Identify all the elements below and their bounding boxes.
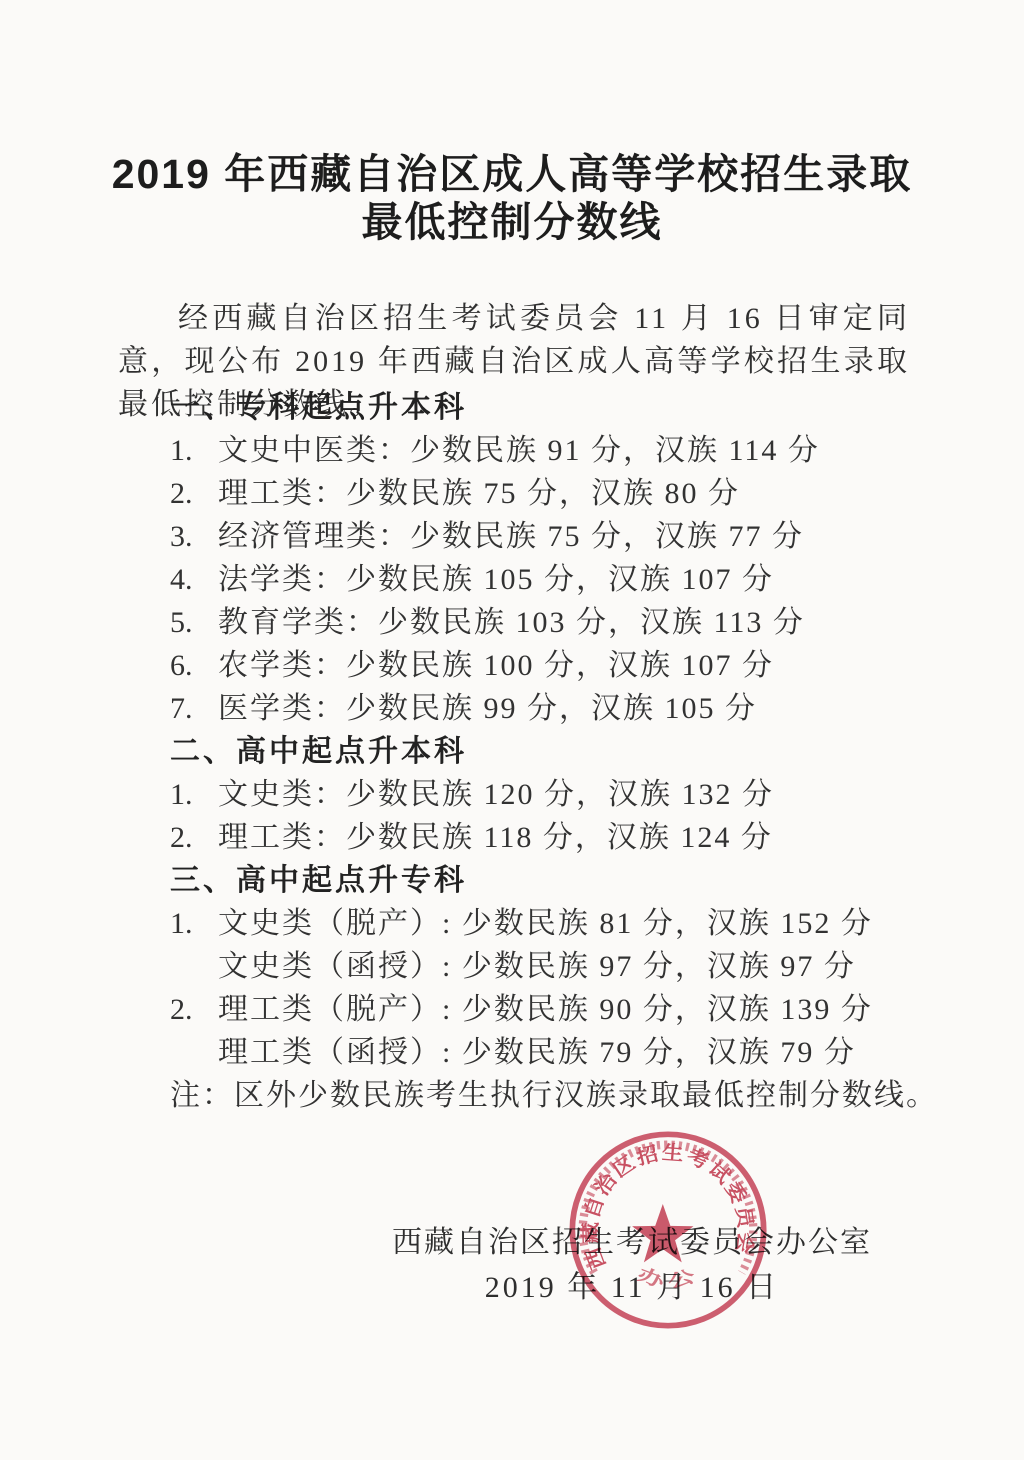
score-line-item: 4. 法学类：少数民族 105 分，汉族 107 分 bbox=[170, 558, 930, 601]
item-number: 4. bbox=[170, 558, 218, 601]
title-line-2: 最低控制分数线 bbox=[362, 199, 663, 245]
item-text: 文史中医类：少数民族 91 分，汉族 114 分 bbox=[218, 429, 820, 472]
item-number bbox=[170, 945, 218, 988]
score-line-item: 6. 农学类：少数民族 100 分，汉族 107 分 bbox=[170, 644, 930, 687]
section-heading-3: 三、高中起点升专科 bbox=[170, 859, 930, 902]
signature-date: 2019 年 11 月 16 日 bbox=[392, 1267, 872, 1309]
item-text: 文史类（函授）: 少数民族 97 分，汉族 97 分 bbox=[218, 945, 856, 988]
score-line-item: 理工类（函授）: 少数民族 79 分，汉族 79 分 bbox=[170, 1031, 930, 1074]
item-number: 5. bbox=[170, 601, 218, 644]
item-number: 1. bbox=[170, 773, 218, 816]
signature-block: 西藏自治区招生考试委员会办公室 2019 年 11 月 16 日 bbox=[392, 1222, 872, 1309]
section-heading-2: 二、高中起点升本科 bbox=[170, 730, 930, 773]
item-number: 6. bbox=[170, 644, 218, 687]
score-line-item: 1. 文史类：少数民族 120 分，汉族 132 分 bbox=[170, 773, 930, 816]
item-number bbox=[170, 1031, 218, 1074]
item-text: 法学类：少数民族 105 分，汉族 107 分 bbox=[218, 558, 774, 601]
section-heading-1: 一、专科起点升本科 bbox=[170, 386, 930, 429]
item-number: 2. bbox=[170, 988, 218, 1031]
item-text: 文史类（脱产）: 少数民族 81 分，汉族 152 分 bbox=[218, 902, 873, 945]
item-text: 理工类（脱产）: 少数民族 90 分，汉族 139 分 bbox=[218, 988, 873, 1031]
score-line-item: 3. 经济管理类：少数民族 75 分，汉族 77 分 bbox=[170, 515, 930, 558]
score-line-item: 1. 文史中医类：少数民族 91 分，汉族 114 分 bbox=[170, 429, 930, 472]
document-page: 2019 年西藏自治区成人高等学校招生录取 最低控制分数线 经西藏自治区招生考试… bbox=[0, 0, 1024, 1460]
score-line-item: 7. 医学类：少数民族 99 分，汉族 105 分 bbox=[170, 687, 930, 730]
item-number: 1. bbox=[170, 429, 218, 472]
item-number: 7. bbox=[170, 687, 218, 730]
signature-office: 西藏自治区招生考试委员会办公室 bbox=[392, 1222, 872, 1264]
item-text: 医学类：少数民族 99 分，汉族 105 分 bbox=[218, 687, 757, 730]
item-text: 理工类（函授）: 少数民族 79 分，汉族 79 分 bbox=[218, 1031, 856, 1074]
score-lines: 一、专科起点升本科 1. 文史中医类：少数民族 91 分，汉族 114 分 2.… bbox=[170, 386, 930, 1117]
note-line: 注：区外少数民族考生执行汉族录取最低控制分数线。 bbox=[170, 1074, 930, 1117]
item-number: 3. bbox=[170, 515, 218, 558]
item-text: 教育学类：少数民族 103 分，汉族 113 分 bbox=[218, 601, 805, 644]
document-title: 2019 年西藏自治区成人高等学校招生录取 最低控制分数线 bbox=[0, 150, 1024, 246]
score-line-item: 1. 文史类（脱产）: 少数民族 81 分，汉族 152 分 bbox=[170, 902, 930, 945]
score-line-item: 2. 理工类（脱产）: 少数民族 90 分，汉族 139 分 bbox=[170, 988, 930, 1031]
item-number: 2. bbox=[170, 816, 218, 859]
title-line-1: 2019 年西藏自治区成人高等学校招生录取 bbox=[112, 151, 913, 197]
item-text: 农学类：少数民族 100 分，汉族 107 分 bbox=[218, 644, 774, 687]
item-text: 文史类：少数民族 120 分，汉族 132 分 bbox=[218, 773, 774, 816]
score-line-item: 文史类（函授）: 少数民族 97 分，汉族 97 分 bbox=[170, 945, 930, 988]
item-number: 1. bbox=[170, 902, 218, 945]
item-number: 2. bbox=[170, 472, 218, 515]
item-text: 经济管理类：少数民族 75 分，汉族 77 分 bbox=[218, 515, 804, 558]
score-line-item: 2. 理工类：少数民族 75 分，汉族 80 分 bbox=[170, 472, 930, 515]
score-line-item: 2. 理工类：少数民族 118 分，汉族 124 分 bbox=[170, 816, 930, 859]
item-text: 理工类：少数民族 118 分，汉族 124 分 bbox=[218, 816, 773, 859]
score-line-item: 5. 教育学类：少数民族 103 分，汉族 113 分 bbox=[170, 601, 930, 644]
item-text: 理工类：少数民族 75 分，汉族 80 分 bbox=[218, 472, 740, 515]
